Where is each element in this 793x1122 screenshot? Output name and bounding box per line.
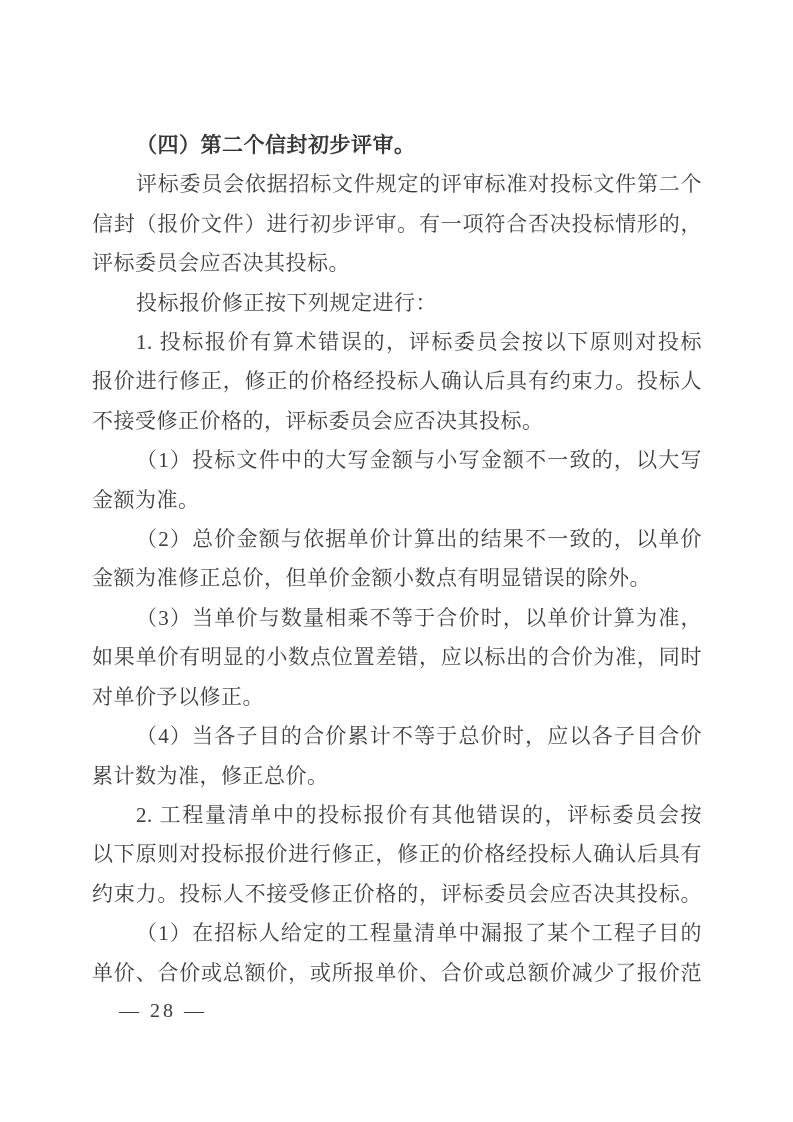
text-line: （4）当各子目的合价累计不等于总价时，应以各子目合价 [92,717,702,756]
text-line: 对单价予以修正。 [92,678,702,717]
text-line: 评标委员会依据招标文件规定的评审标准对投标文件第二个 [92,165,702,204]
text-content: （四）第二个信封初步评审。 评标委员会依据招标文件规定的评审标准对投标文件第二个… [92,126,702,993]
text-line: 2. 工程量清单中的投标报价有其他错误的，评标委员会按 [92,796,702,835]
text-line: （1）投标文件中的大写金额与小写金额不一致的，以大写 [92,441,702,480]
text-line: 投标报价修正按下列规定进行： [92,284,702,323]
text-line: 信封（报价文件）进行初步评审。有一项符合否决投标情形的， [92,205,702,244]
text-line: 约束力。投标人不接受修正价格的，评标委员会应否决其投标。 [92,875,702,914]
page-number: — 28 — [119,1000,207,1023]
text-line: 不接受修正价格的，评标委员会应否决其投标。 [92,402,702,441]
text-line: 评标委员会应否决其投标。 [92,244,702,283]
document-page: （四）第二个信封初步评审。 评标委员会依据招标文件规定的评审标准对投标文件第二个… [0,0,793,1122]
text-line: 如果单价有明显的小数点位置差错，应以标出的合价为准，同时 [92,638,702,677]
text-line: （2）总价金额与依据单价计算出的结果不一致的，以单价 [92,520,702,559]
text-line: （3）当单价与数量相乘不等于合价时，以单价计算为准， [92,599,702,638]
text-line: 单价、合价或总额价，或所报单价、合价或总额价减少了报价范 [92,954,702,993]
text-line: 报价进行修正，修正的价格经投标人确认后具有约束力。投标人 [92,362,702,401]
text-line: 金额为准。 [92,481,702,520]
text-line: 1. 投标报价有算术错误的，评标委员会按以下原则对投标 [92,323,702,362]
section-heading: （四）第二个信封初步评审。 [92,126,702,165]
text-line: （1）在招标人给定的工程量清单中漏报了某个工程子目的 [92,914,702,953]
text-line: 以下原则对投标报价进行修正，修正的价格经投标人确认后具有 [92,835,702,874]
text-line: 累计数为准，修正总价。 [92,757,702,796]
text-line: 金额为准修正总价，但单价金额小数点有明显错误的除外。 [92,559,702,598]
